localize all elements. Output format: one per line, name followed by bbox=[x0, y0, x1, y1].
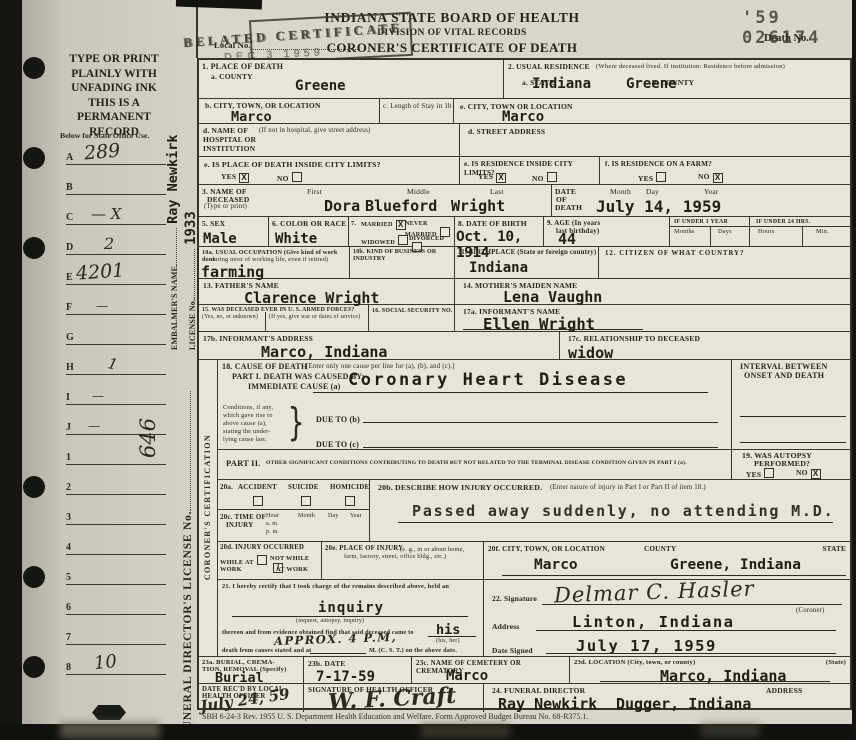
month-header: Month bbox=[298, 513, 315, 520]
field-marital-status: 7. MARRIEDX NEVER MARRIED WIDOWED DIVORC… bbox=[349, 217, 455, 247]
field-sex: 5. SEX Male bbox=[199, 217, 269, 247]
field-label: 17c. RELATIONSHIP TO DECEASED bbox=[568, 334, 700, 343]
embalmer-name-value: Ray Newkirk bbox=[165, 134, 181, 223]
field-burial-cremation: 23a. BURIAL, CREMA- TION, REMOVAL (Speci… bbox=[199, 657, 304, 684]
header-divider bbox=[750, 226, 854, 227]
office-line-value: 2 bbox=[104, 234, 114, 253]
conditions-note: Conditions, if any, which gave rise to a… bbox=[223, 404, 273, 444]
office-line: B bbox=[66, 176, 166, 195]
header: IF UNDER 24 HRS. bbox=[756, 219, 811, 226]
field-note: farm, factory, street, office bldg., etc… bbox=[344, 553, 446, 560]
field-label: 20d. INJURY OCCURRED bbox=[220, 544, 304, 552]
field-describe-how-injury-occurred: 20b. DESCRIBE HOW INJURY OCCURRED. (Ente… bbox=[370, 480, 854, 542]
notice-line: TYPE OR PRINT bbox=[62, 52, 166, 67]
office-line-label: B bbox=[66, 182, 73, 193]
divorced-label: DIVORCED bbox=[409, 235, 444, 242]
conditions-brace: } bbox=[288, 400, 305, 444]
field-coroner-signature-block: 22. Signature Delmar C. Hasler (Coroner)… bbox=[484, 580, 854, 657]
field-value: Male bbox=[203, 231, 237, 247]
health-officer-signature: W. F. Craft bbox=[327, 683, 456, 716]
county-header: COUNTY bbox=[644, 545, 676, 554]
field-funeral-director: 24. FUNERAL DIRECTOR ADDRESS Ray Newkirk… bbox=[484, 684, 854, 712]
field-note: (Where deceased lived. If institution: R… bbox=[596, 63, 785, 71]
office-line-value: 4201 bbox=[75, 259, 125, 284]
state-value: Indiana bbox=[532, 76, 591, 92]
field-value: Lena Vaughn bbox=[503, 288, 602, 306]
yes-option: YES bbox=[746, 468, 777, 479]
field-date-of-death: DATE OF DEATH Month Day Year July 14, 19… bbox=[552, 185, 854, 217]
widowed-label: WIDOWED bbox=[361, 239, 395, 246]
field-value: Passed away suddenly, no attending M.D. bbox=[412, 502, 834, 520]
field-label: 5. SEX bbox=[202, 219, 225, 228]
office-line: 5 bbox=[66, 566, 166, 585]
first-header: First bbox=[307, 187, 322, 196]
while-at-label: WHILE AT bbox=[220, 559, 254, 566]
yes-option: YESX bbox=[478, 172, 509, 183]
while-at-work-checkbox bbox=[257, 555, 267, 565]
field-note: (Yes, no, or unknown) bbox=[202, 314, 258, 321]
field-label: 8. DATE OF BIRTH bbox=[458, 219, 527, 228]
dotted-leader bbox=[194, 249, 195, 299]
field-cause-of-death: 18. CAUSE OF DEATH [Enter only one cause… bbox=[218, 360, 732, 450]
field-label: 17b. INFORMANT'S ADDRESS bbox=[203, 334, 313, 343]
year-header: Year bbox=[704, 187, 719, 196]
office-line-label: A bbox=[66, 152, 73, 163]
field-street-address: d. STREET ADDRESS bbox=[460, 124, 854, 157]
signature-label: 22. Signature bbox=[492, 594, 537, 603]
his-line bbox=[428, 636, 476, 637]
office-line-label: 6 bbox=[66, 602, 71, 613]
header-left-rule bbox=[196, 0, 198, 58]
coroner-certification-label: CORONER'S CERTIFICATION bbox=[203, 402, 213, 612]
certify-text: 21. I hereby certify that I took charge … bbox=[222, 583, 474, 591]
field-label: 2. USUAL RESIDENCE bbox=[508, 62, 590, 71]
office-line: F — bbox=[66, 296, 166, 315]
office-line-value: — bbox=[88, 419, 100, 433]
date-signed-line bbox=[546, 653, 836, 654]
punch-hole bbox=[23, 57, 45, 79]
due-to-b-label: DUE TO (b) bbox=[316, 415, 360, 425]
yes-option: YESX bbox=[221, 172, 252, 183]
no-option: NO bbox=[277, 172, 305, 183]
first-name-value: Dora bbox=[324, 197, 360, 215]
header-divider bbox=[670, 226, 750, 227]
notice-line: THIS IS A bbox=[62, 96, 166, 111]
field-mothers-maiden-name: 14. MOTHER'S MAIDEN NAME Lena Vaughn bbox=[455, 279, 854, 305]
field-label: 20a. bbox=[220, 483, 233, 491]
married-label: MARRIED bbox=[361, 221, 393, 228]
field-value: Marco bbox=[231, 109, 272, 125]
county-state-value: Greene, Indiana bbox=[670, 557, 801, 573]
field-note: (Enter nature of injury in Part I or Par… bbox=[550, 484, 706, 492]
address-value: Linton, Indiana bbox=[572, 613, 734, 631]
field-fathers-name: 13. FATHER'S NAME Clarence Wright bbox=[199, 279, 455, 305]
yes-checkbox bbox=[656, 172, 666, 182]
office-line: 7 bbox=[66, 626, 166, 645]
yes-checkbox: X bbox=[239, 173, 249, 183]
dotted-leader bbox=[190, 391, 191, 511]
due-to-c-line bbox=[363, 447, 718, 448]
office-line-value: 10 bbox=[93, 651, 118, 674]
signature-line bbox=[542, 604, 842, 605]
field-label: 23d. LOCATION (City, town, or county) bbox=[574, 659, 695, 667]
day-header: Day bbox=[328, 513, 339, 520]
office-line-value: — X bbox=[91, 205, 121, 223]
field-note: (If not in hospital, give street address… bbox=[259, 127, 370, 135]
due-to-c-label: DUE TO (c) bbox=[316, 440, 359, 450]
yes-checkbox: X bbox=[496, 173, 506, 183]
punch-hole bbox=[23, 476, 45, 498]
column-divider bbox=[802, 226, 803, 247]
field-social-security-no: 16. SOCIAL SECURITY NO. bbox=[369, 305, 455, 332]
hours-header: Hours bbox=[758, 228, 774, 236]
suicide-checkbox bbox=[301, 496, 311, 506]
no-checkbox bbox=[292, 172, 302, 182]
permanent-record-notice: TYPE OR PRINT PLAINLY WITH UNFADING INK … bbox=[62, 52, 166, 139]
office-line-label: D bbox=[66, 242, 73, 253]
field-kind-of-business: 10b. KIND OF BUSINESS OR INDUSTRY bbox=[350, 247, 455, 279]
interval-line bbox=[740, 416, 846, 417]
field-if-under-24-hrs: IF UNDER 24 HRS. Hours Min. bbox=[750, 217, 854, 247]
field-injury-occurred-at-work: 20d. INJURY OCCURRED WHILE AT WORK NOT W… bbox=[218, 542, 322, 580]
office-line-label: 5 bbox=[66, 572, 71, 583]
field-cemetery-name: 23c. NAME OF CEMETERY OR CREMATORY Marco bbox=[412, 657, 570, 684]
cause-underline bbox=[313, 392, 708, 393]
conditions-line: Conditions, if any, bbox=[223, 404, 273, 412]
field-age: 9. AGE (In years last birthday) 44 bbox=[544, 217, 670, 247]
field-if-under-1-year: IF UNDER 1 YEAR Months Days bbox=[670, 217, 750, 247]
day-header: Day bbox=[646, 187, 659, 196]
min-header: Min. bbox=[816, 228, 829, 236]
field-armed-forces: 15. WAS DECEASED EVER IN U. S. ARMED FOR… bbox=[199, 305, 369, 332]
form-number-footnote: SBH 6-24-3 Rev. 1955 U. S. Department He… bbox=[202, 712, 588, 721]
field-was-autopsy-performed: 19. WAS AUTOPSY PERFORMED? YES NOX bbox=[732, 450, 854, 480]
conditions-line: lying cause last. bbox=[223, 436, 273, 444]
date-signed-label: Date Signed bbox=[492, 646, 533, 655]
middle-header: Middle bbox=[407, 187, 430, 196]
hour-header: Hour bbox=[266, 513, 279, 520]
coroner-note: (Coroner) bbox=[796, 607, 825, 615]
inquiry-note: (inquest, autopsy, inquiry) bbox=[296, 618, 364, 625]
no-option: NOX bbox=[796, 468, 824, 479]
office-line-value: — bbox=[92, 389, 104, 403]
months-header: Months bbox=[674, 228, 694, 236]
accident-label: ACCIDENT bbox=[238, 483, 277, 491]
funeral-director-license-value: 646 bbox=[136, 418, 160, 458]
approx-time-handwritten: APPROX. 4 P.M, bbox=[274, 630, 397, 648]
last-header: Last bbox=[490, 187, 504, 196]
field-label: f. IS RESIDENCE ON A FARM? bbox=[605, 160, 712, 169]
field-value: Marco, Indiana bbox=[261, 343, 387, 361]
field-certification-statement: 21. I hereby certify that I took charge … bbox=[218, 580, 484, 657]
office-line-value: 1 bbox=[106, 354, 120, 374]
field-usual-occupation: 10a. USUAL OCCUPATION (Give kind of work… bbox=[199, 247, 350, 279]
city-value: Marco bbox=[534, 557, 578, 573]
office-line-label: 8 bbox=[66, 662, 71, 673]
office-line: G bbox=[66, 326, 166, 345]
punch-hole bbox=[23, 147, 45, 169]
field-note: (Type or print) bbox=[204, 203, 247, 211]
office-line-label: I bbox=[66, 392, 70, 403]
widowed-option: WIDOWED bbox=[361, 235, 411, 246]
field-date-of-birth: 8. DATE OF BIRTH Oct. 10, 1914 bbox=[455, 217, 544, 247]
not-while-at-work-option2: AT WORK bbox=[276, 566, 308, 574]
value-underline bbox=[463, 329, 643, 330]
state-office-use-label: Below for State Office Use. bbox=[60, 131, 170, 140]
no-label: NO bbox=[698, 172, 710, 181]
field-label: 7. bbox=[351, 220, 356, 228]
interval-header: ONSET AND DEATH bbox=[744, 371, 824, 381]
part2-label: PART II. bbox=[226, 458, 261, 468]
am-label: a. m. bbox=[266, 521, 279, 528]
field-color-or-race: 6. COLOR OR RACE White bbox=[269, 217, 349, 247]
office-line: 2 bbox=[66, 476, 166, 495]
scanned-death-certificate: TYPE OR PRINT PLAINLY WITH UNFADING INK … bbox=[0, 0, 856, 740]
no-checkbox: X bbox=[713, 173, 723, 183]
field-value: Indiana bbox=[469, 260, 528, 276]
his-note: (his, her) bbox=[436, 638, 460, 645]
funeral-director-value: Ray Newkirk bbox=[498, 695, 597, 713]
punch-hole bbox=[23, 237, 45, 259]
no-checkbox bbox=[547, 172, 557, 182]
time-line bbox=[310, 653, 366, 654]
scan-bottom-blotch bbox=[60, 722, 160, 738]
accident-checkbox bbox=[253, 496, 263, 506]
field-birthplace: 11. BIRTHPLACE (State or foreign country… bbox=[455, 247, 599, 279]
field-label: HOSPITAL OR bbox=[203, 135, 256, 144]
field-usual-residence: 2. USUAL RESIDENCE (Where deceased lived… bbox=[504, 60, 854, 99]
field-hospital-name: d. NAME OF HOSPITAL OR INSTITUTION (If n… bbox=[199, 124, 460, 157]
funeral-director-license-label: FUNERAL DIRECTOR'S LICENSE No. bbox=[182, 511, 194, 737]
funeral-director-address-value: Dugger, Indiana bbox=[616, 695, 751, 713]
middle-name-value: Blueford bbox=[365, 197, 437, 215]
married-option: MARRIEDX bbox=[361, 220, 409, 230]
no-label: NO bbox=[277, 174, 289, 183]
yes-label: YES bbox=[478, 172, 493, 181]
notice-line: UNFADING INK bbox=[62, 81, 166, 96]
field-label: 20f. CITY, TOWN, OR LOCATION bbox=[488, 545, 605, 554]
conditions-line: stating the under- bbox=[223, 428, 273, 436]
field-label: 11. BIRTHPLACE (State or foreign country… bbox=[458, 249, 596, 257]
no-label: NO bbox=[796, 468, 808, 477]
inquiry-line bbox=[232, 616, 468, 617]
office-line: 3 bbox=[66, 506, 166, 525]
interval-line bbox=[740, 442, 846, 443]
office-line-label: E bbox=[66, 272, 73, 283]
address-header: ADDRESS bbox=[766, 686, 802, 695]
field-note: (If yes, give war or dates of service) bbox=[269, 314, 360, 321]
field-label: 1. PLACE OF DEATH bbox=[202, 62, 283, 72]
year-header: Year bbox=[350, 513, 362, 520]
field-value: 44 bbox=[558, 230, 576, 248]
office-line: 6 bbox=[66, 596, 166, 615]
death-from-text: death from causes stated and at bbox=[222, 647, 311, 654]
field-part2-conditions: PART II. OTHER SIGNIFICANT CONDITIONS CO… bbox=[218, 450, 732, 480]
part1-label: PART I. DEATH WAS CAUSED BY: bbox=[232, 372, 364, 382]
office-line: C — X bbox=[66, 206, 166, 225]
conditions-line: which gave rise to bbox=[223, 412, 273, 420]
field-value: Marco bbox=[502, 109, 544, 125]
field-label: d. STREET ADDRESS bbox=[468, 127, 545, 136]
yes-label: YES bbox=[746, 470, 761, 479]
cause-value: Coronary Heart Disease bbox=[348, 370, 628, 390]
field-label: 16. SOCIAL SECURITY NO. bbox=[372, 308, 453, 315]
yes-label: YES bbox=[221, 172, 236, 181]
yes-checkbox bbox=[764, 468, 774, 478]
address-label: Address bbox=[492, 622, 520, 631]
field-label: 15. WAS DECEASED EVER IN U. S. ARMED FOR… bbox=[202, 307, 355, 314]
field-death-inside-city-limits: e. IS PLACE OF DEATH INSIDE CITY LIMITS?… bbox=[199, 157, 460, 185]
field-label: d. NAME OF bbox=[203, 126, 248, 135]
inner-divider bbox=[265, 312, 266, 332]
field-residence-inside-city-limits: e. IS RESIDENCE INSIDE CITY LIMITS? YESX… bbox=[460, 157, 600, 185]
month-header: Month bbox=[610, 187, 631, 196]
certificate-form: 1. PLACE OF DEATH a. COUNTY Greene 2. US… bbox=[197, 58, 852, 710]
field-label: 23c. NAME OF CEMETERY OR CREMATORY bbox=[416, 659, 569, 676]
while-at-work-option2: WORK bbox=[220, 566, 242, 574]
yes-label: YES bbox=[638, 174, 653, 183]
pm-label: p. m. bbox=[266, 529, 279, 536]
field-label: 10b. KIND OF BUSINESS OR INDUSTRY bbox=[353, 249, 454, 263]
value-underline bbox=[398, 522, 833, 523]
field-value: 7-17-59 bbox=[316, 669, 375, 685]
field-informants-address: 17b. INFORMANT'S ADDRESS Marco, Indiana bbox=[199, 332, 560, 360]
last-name-value: Wright bbox=[451, 197, 505, 215]
no-checkbox: X bbox=[811, 469, 821, 479]
interval-column: INTERVAL BETWEEN ONSET AND DEATH bbox=[732, 360, 854, 450]
notice-line: PERMANENT bbox=[62, 110, 166, 125]
field-residence-on-farm: f. IS RESIDENCE ON A FARM? YES NOX bbox=[600, 157, 854, 185]
homicide-label: HOMICIDE bbox=[330, 483, 369, 491]
union-label-icon bbox=[92, 705, 126, 720]
field-sublabel: a. COUNTY bbox=[211, 72, 253, 81]
funeral-director-license-line: FUNERAL DIRECTOR'S LICENSE No. bbox=[178, 307, 196, 737]
due-to-b-line bbox=[363, 422, 718, 423]
field-city-of-death: b. CITY, TOWN, OR LOCATION Marco bbox=[199, 99, 380, 124]
inquiry-value: inquiry bbox=[318, 600, 384, 616]
death-number-label: Death No. bbox=[764, 33, 809, 44]
field-health-officer-signature: SIGNATURE OF HEALTH OFFICER W. F. Craft bbox=[304, 684, 484, 712]
widowed-checkbox bbox=[398, 235, 408, 245]
field-informants-name: 17a. INFORMANT'S NAME Ellen Wright bbox=[455, 305, 854, 332]
office-line: H 1 bbox=[66, 356, 166, 375]
value-underline bbox=[502, 575, 846, 576]
punch-hole bbox=[23, 566, 45, 588]
office-line: I — bbox=[66, 386, 166, 405]
conditions-line: above cause (a), bbox=[223, 420, 273, 428]
scan-bottom-blotch bbox=[700, 723, 760, 737]
field-label: c. Length of Stay in 1b bbox=[383, 102, 452, 110]
punch-hole bbox=[23, 656, 45, 678]
field-citizen-of: 12. CITIZEN OF WHAT COUNTRY? bbox=[599, 247, 854, 279]
field-place-of-injury: 20e. PLACE OF INJURY (e. g., in or about… bbox=[322, 542, 484, 580]
field-label: PERFORMED? bbox=[754, 459, 810, 468]
field-note: (e. g., in or about home, bbox=[400, 546, 464, 553]
field-cemetery-location: 23d. LOCATION (City, town, or county) (S… bbox=[570, 657, 854, 684]
dotted-leader bbox=[176, 228, 177, 266]
field-length-of-stay: c. Length of Stay in 1b bbox=[380, 99, 454, 124]
field-injury-city-county-state: 20f. CITY, TOWN, OR LOCATION COUNTY STAT… bbox=[484, 542, 854, 580]
field-value: White bbox=[275, 231, 317, 247]
no-option: NO bbox=[532, 172, 560, 183]
field-label: 18. CAUSE OF DEATH bbox=[222, 362, 307, 372]
immediate-cause-label: IMMEDIATE CAUSE (a) bbox=[248, 382, 341, 392]
office-line-value: — bbox=[96, 299, 108, 313]
days-header: Days bbox=[718, 228, 732, 236]
field-label: e. IS PLACE OF DEATH INSIDE CITY LIMITS? bbox=[204, 160, 381, 169]
field-label: 24. FUNERAL DIRECTOR bbox=[492, 686, 585, 695]
homicide-checkbox bbox=[345, 496, 355, 506]
not-while-label: NOT WHILE bbox=[270, 555, 309, 562]
field-name-of-deceased: 3. NAME OF DECEASED (Type or print) Firs… bbox=[199, 185, 552, 217]
no-option: NOX bbox=[698, 172, 726, 183]
date-of-death-value: July 14, 1959 bbox=[596, 197, 721, 216]
field-date-received: DATE REC'D BY LOCAL HEALTH OFFICER July … bbox=[199, 684, 304, 712]
value-underline bbox=[600, 681, 830, 682]
field-label: 20b. DESCRIBE HOW INJURY OCCURRED. bbox=[378, 483, 542, 492]
field-label: INJURY bbox=[226, 521, 253, 529]
office-line-label: 2 bbox=[66, 482, 71, 493]
office-line-label: 1 bbox=[66, 452, 71, 463]
yes-option: YES bbox=[638, 172, 669, 183]
field-value: Greene bbox=[295, 78, 346, 94]
field-label: 20e. PLACE OF INJURY bbox=[325, 545, 403, 553]
scan-bottom-blotch bbox=[420, 724, 510, 738]
scan-edge-left bbox=[0, 0, 22, 740]
office-line-label: G bbox=[66, 332, 74, 343]
office-line-label: C bbox=[66, 212, 73, 223]
office-line-value: 289 bbox=[83, 139, 121, 164]
field-residence-city: e. CITY, TOWN OR LOCATION Marco bbox=[454, 99, 854, 124]
while-at-work-option: WHILE AT bbox=[220, 555, 270, 567]
office-line-label: J bbox=[66, 422, 71, 433]
field-relationship-to-deceased: 17c. RELATIONSHIP TO DECEASED widow bbox=[560, 332, 854, 360]
part2-note: OTHER SIGNIFICANT CONDITIONS CONTRIBUTIN… bbox=[266, 460, 726, 467]
header: IF UNDER 1 YEAR bbox=[674, 219, 728, 226]
office-line-label: H bbox=[66, 362, 74, 373]
field-label: 6. COLOR OR RACE bbox=[272, 219, 346, 228]
field-label: DEATH bbox=[555, 203, 582, 212]
office-line: D 2 bbox=[66, 236, 166, 255]
office-line-label: 7 bbox=[66, 632, 71, 643]
office-line: 4 bbox=[66, 536, 166, 555]
office-line-label: F bbox=[66, 302, 72, 313]
field-burial-date: 23b. DATE 7-17-59 bbox=[304, 657, 412, 684]
suicide-label: SUICIDE bbox=[288, 483, 319, 491]
office-line: A 289 bbox=[66, 146, 166, 165]
field-label2: (State) bbox=[826, 659, 846, 667]
coroner-signature: Delmar C. Hasler bbox=[554, 577, 755, 608]
field-value: Marco bbox=[446, 668, 488, 684]
field-value: Marco, Indiana bbox=[660, 667, 786, 685]
office-line-label: 4 bbox=[66, 542, 71, 553]
scan-edge-right bbox=[852, 0, 856, 740]
office-line: E 4201 bbox=[66, 266, 166, 285]
field-place-of-death: 1. PLACE OF DEATH a. COUNTY Greene bbox=[199, 60, 504, 99]
field-label: 12. CITIZEN OF WHAT COUNTRY? bbox=[605, 250, 744, 258]
notice-line: PLAINLY WITH bbox=[62, 67, 166, 82]
field-label: INSTITUTION bbox=[203, 144, 255, 153]
cst-text: M. (C. S. T.) on the above date. bbox=[369, 647, 457, 654]
office-line-label: 3 bbox=[66, 512, 71, 523]
no-label: NO bbox=[532, 174, 544, 183]
column-divider bbox=[710, 226, 711, 247]
field-accident-suicide-homicide: 20a. ACCIDENT SUICIDE HOMICIDE bbox=[218, 480, 370, 510]
field-label: 23b. DATE bbox=[308, 659, 346, 668]
county-value: Greene bbox=[626, 76, 677, 92]
address-line bbox=[536, 630, 836, 631]
field-time-of-injury: 20c. TIME OF INJURY Hour a. m. p. m. Mon… bbox=[218, 510, 370, 542]
